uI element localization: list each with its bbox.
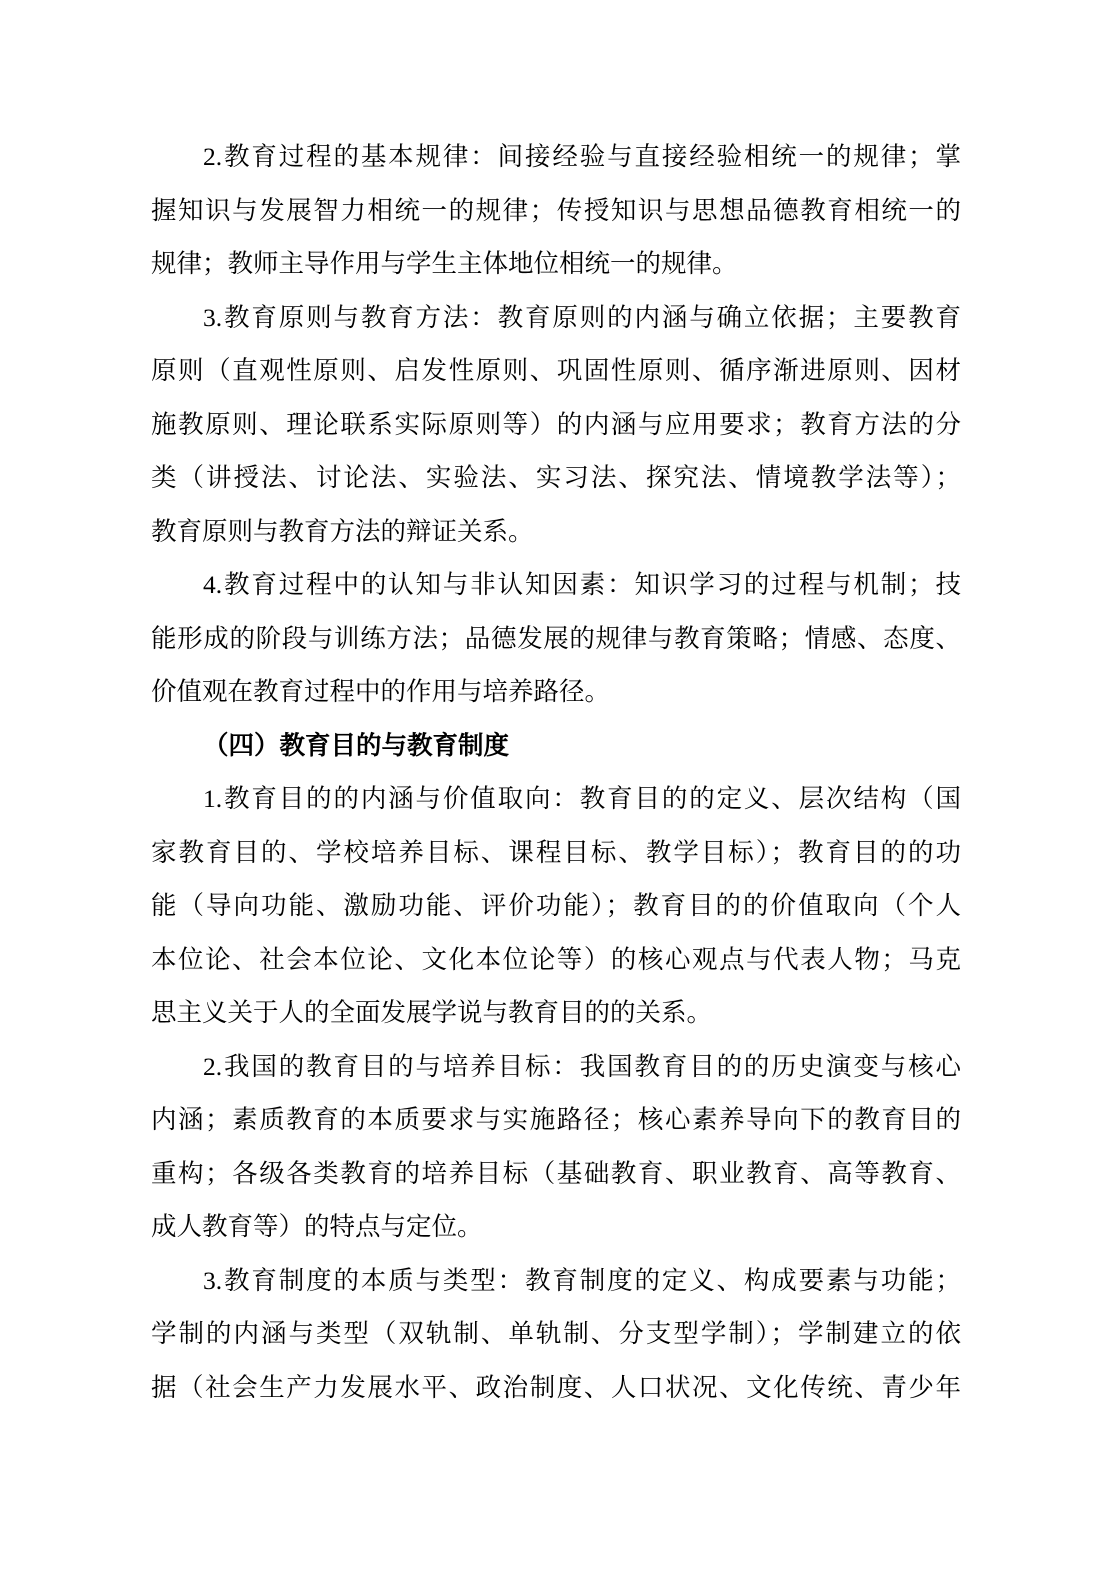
text-line: 握知识与发展智力相统一的规律；传授知识与思想品德教育相统一的 [151, 184, 961, 238]
text-column: 2.教育过程的基本规律：间接经验与直接经验相统一的规律；掌握知识与发展智力相统一… [151, 130, 961, 1414]
paragraph: 4.教育过程中的认知与非认知因素：知识学习的过程与机制；技能形成的阶段与训练方法… [151, 558, 961, 719]
text-line: 规律；教师主导作用与学生主体地位相统一的规律。 [151, 237, 961, 291]
text-line: 思主义关于人的全面发展学说与教育目的的关系。 [151, 986, 961, 1040]
text-line: 类（讲授法、讨论法、实验法、实习法、探究法、情境教学法等）； [151, 451, 961, 505]
paragraph: 3.教育制度的本质与类型：教育制度的定义、构成要素与功能；学制的内涵与类型（双轨… [151, 1254, 961, 1415]
text-line: 2.教育过程的基本规律：间接经验与直接经验相统一的规律；掌 [151, 130, 961, 184]
text-line: 本位论、社会本位论、文化本位论等）的核心观点与代表人物；马克 [151, 933, 961, 987]
text-line: 内涵；素质教育的本质要求与实施路径；核心素养导向下的教育目的 [151, 1093, 961, 1147]
section-heading: （四）教育目的与教育制度 [151, 719, 961, 773]
text-line: 重构；各级各类教育的培养目标（基础教育、职业教育、高等教育、 [151, 1147, 961, 1201]
document-page: 2.教育过程的基本规律：间接经验与直接经验相统一的规律；掌握知识与发展智力相统一… [0, 0, 1110, 1578]
text-line: 据（社会生产力发展水平、政治制度、人口状况、文化传统、青少年 [151, 1361, 961, 1415]
text-line: 成人教育等）的特点与定位。 [151, 1200, 961, 1254]
text-line: 原则（直观性原则、启发性原则、巩固性原则、循序渐进原则、因材 [151, 344, 961, 398]
text-line: 能形成的阶段与训练方法；品德发展的规律与教育策略；情感、态度、 [151, 612, 961, 666]
paragraph: 3.教育原则与教育方法：教育原则的内涵与确立依据；主要教育原则（直观性原则、启发… [151, 291, 961, 559]
text-line: 能（导向功能、激励功能、评价功能）；教育目的的价值取向（个人 [151, 879, 961, 933]
heading-line: （四）教育目的与教育制度 [151, 719, 961, 773]
text-line: 3.教育原则与教育方法：教育原则的内涵与确立依据；主要教育 [151, 291, 961, 345]
text-line: 价值观在教育过程中的作用与培养路径。 [151, 665, 961, 719]
paragraph: 1.教育目的的内涵与价值取向：教育目的的定义、层次结构（国家教育目的、学校培养目… [151, 772, 961, 1040]
text-line: 1.教育目的的内涵与价值取向：教育目的的定义、层次结构（国 [151, 772, 961, 826]
paragraph: 2.我国的教育目的与培养目标：我国教育目的的历史演变与核心内涵；素质教育的本质要… [151, 1040, 961, 1254]
text-line: 2.我国的教育目的与培养目标：我国教育目的的历史演变与核心 [151, 1040, 961, 1094]
text-line: 学制的内涵与类型（双轨制、单轨制、分支型学制）；学制建立的依 [151, 1307, 961, 1361]
text-line: 教育原则与教育方法的辩证关系。 [151, 505, 961, 559]
text-line: 施教原则、理论联系实际原则等）的内涵与应用要求；教育方法的分 [151, 398, 961, 452]
text-line: 3.教育制度的本质与类型：教育制度的定义、构成要素与功能； [151, 1254, 961, 1308]
text-line: 家教育目的、学校培养目标、课程目标、教学目标）；教育目的的功 [151, 826, 961, 880]
paragraph: 2.教育过程的基本规律：间接经验与直接经验相统一的规律；掌握知识与发展智力相统一… [151, 130, 961, 291]
text-line: 4.教育过程中的认知与非认知因素：知识学习的过程与机制；技 [151, 558, 961, 612]
